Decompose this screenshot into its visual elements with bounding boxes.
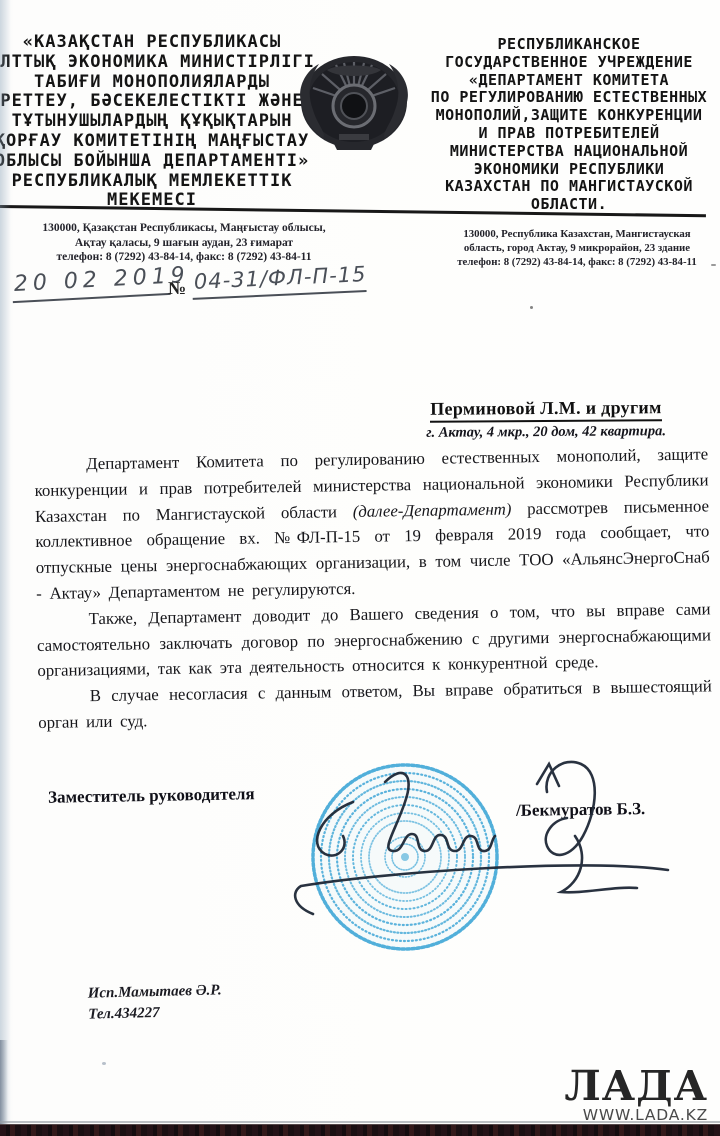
body-paragraph-3: В случае несогласия с данным ответом, Вы…	[38, 674, 713, 736]
body-paragraph-1: Департамент Комитета по регулированию ес…	[34, 441, 710, 606]
org-right-line: ПО РЕГУЛИРОВАНИЮ ЕСТЕСТВЕННЫХ	[420, 89, 718, 107]
org-left-line: ОБЛЫСЫ БОЙЫНША ДЕПАРТАМЕНТІ»	[0, 152, 353, 172]
handwritten-date: 20 02 2019	[11, 264, 170, 303]
org-right-line: МОНОПОЛИЙ,ЗАЩИТЕ КОНКУРЕНЦИИ	[420, 107, 718, 125]
addressee-block: Перминовой Л.М. и другим г. Актау, 4 мкр…	[380, 397, 712, 442]
scan-speck	[102, 1062, 106, 1065]
scanned-letter-page: «КАЗАҚСТАН РЕСПУБЛИКАСЫ ҰЛТТЫҚ ЭКОНОМИКА…	[0, 0, 720, 1136]
body-p1-italic: (далее-Департамент)	[353, 499, 512, 520]
address-russian: 130000, Республика Казахстан, Мангистаус…	[438, 228, 716, 269]
addressee-name: Перминовой Л.М. и другим	[430, 397, 662, 423]
org-right-line: ГОСУДАРСТВЕННОЕ УЧРЕЖДЕНИЕ	[420, 54, 718, 72]
org-right-line: РЕСПУБЛИКАНСКОЕ	[420, 36, 718, 54]
org-right-line: И ПРАВ ПОТРЕБИТЕЛЕЙ	[420, 125, 718, 143]
addressee-address: г. Актау, 4 мкр., 20 дом, 42 квартира.	[380, 423, 712, 442]
body-paragraph-2: Также, Департамент доводит до Вашего све…	[36, 596, 711, 684]
official-stamp	[313, 765, 497, 949]
address-line: 130000, Республика Казахстан, Мангистаус…	[438, 228, 716, 242]
executor-phone: Тел.434227	[88, 1001, 222, 1025]
scan-speck	[530, 306, 533, 309]
scan-bottom-line	[0, 1121, 720, 1123]
address-kazakh: 130000, Қазақстан Республикасы, Маңғыста…	[16, 221, 352, 265]
scan-speck	[711, 264, 716, 266]
signatory-title: Заместитель руководителя	[48, 784, 255, 808]
official-stamp-and-signature	[285, 752, 695, 964]
executor-block: Исп.Мамытаев Ә.Р. Тел.434227	[88, 980, 223, 1025]
lada-logo: ЛАДА	[565, 1066, 709, 1106]
number-sign-label: №	[168, 278, 186, 299]
address-line: Ақтау қаласы, 9 шағын аудан, 23 ғимарат	[16, 236, 352, 251]
org-right-line: ЭКОНОМИКИ РЕСПУБЛИКИ	[420, 161, 718, 179]
letter-body: Департамент Комитета по регулированию ес…	[34, 441, 712, 735]
address-line: область, город Актау, 9 микрорайон, 23 з…	[438, 242, 716, 256]
lada-watermark: ЛАДА WWW.LADA.KZ	[565, 1066, 709, 1124]
org-left-line: РЕСПУБЛИКАЛЫҚ МЕМЛЕКЕТТІК	[0, 172, 353, 192]
address-line: телефон: 8 (7292) 43-84-14, факс: 8 (729…	[438, 256, 716, 270]
org-right-line: «ДЕПАРТАМЕНТ КОМИТЕТА	[420, 72, 718, 90]
scan-bottom-edge	[0, 1124, 720, 1136]
org-right-line: КАЗАХСТАН ПО МАНГИСТАУСКОЙ	[420, 178, 718, 196]
executor-name: Исп.Мамытаев Ә.Р.	[88, 980, 222, 1004]
org-name-russian: РЕСПУБЛИКАНСКОЕ ГОСУДАРСТВЕННОЕ УЧРЕЖДЕН…	[420, 36, 718, 214]
kazakhstan-emblem-icon	[293, 50, 415, 154]
handwritten-outgoing-number: 04-31/ФЛ-П-15	[191, 262, 366, 300]
scan-edge-shadow	[0, 0, 11, 1136]
org-right-line: МИНИСТЕРСТВА НАЦИОНАЛЬНОЙ	[420, 143, 718, 161]
address-line: 130000, Қазақстан Республикасы, Маңғыста…	[16, 221, 352, 236]
